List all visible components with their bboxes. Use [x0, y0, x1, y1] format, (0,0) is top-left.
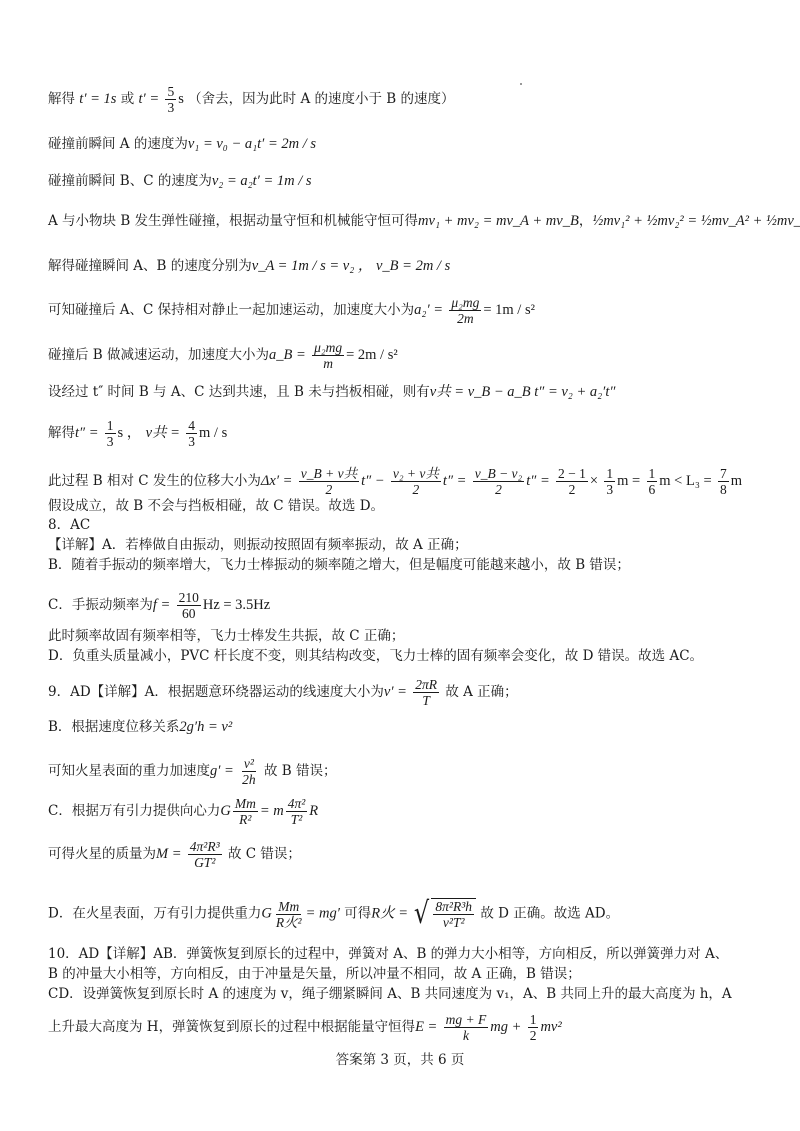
fraction: 53	[165, 84, 176, 115]
text: 可知火星表面的重力加速度	[48, 763, 210, 779]
equation: t′ =	[139, 91, 160, 107]
q9-explanation-c2: 可得火星的质量为M = 4π²R³GT² 故 C 错误；	[48, 839, 301, 870]
question-10-line-3: CD．设弹簧恢复到原长时 A 的速度为 v，绳子绷紧瞬间 A、B 共同速度为 v…	[48, 985, 732, 1003]
q9-explanation-b: B．根据速度位移关系2g′h = v²	[48, 718, 232, 736]
equation: = mg′	[306, 906, 340, 922]
q9-explanation-d: D．在火星表面，万有引力提供重力GMmR火²= mg′ 可得R火 = √8π²R…	[48, 898, 619, 930]
fraction: 43	[186, 418, 197, 449]
text: B．根据速度位移关系	[48, 719, 179, 735]
equation: v共 =	[146, 425, 180, 441]
velocity-bc-before-line: 碰撞前瞬间 B、C 的速度为v₂ = a₂t′ = 1m / s	[48, 172, 312, 190]
equation: mg +	[490, 1019, 521, 1035]
radical-sign-icon: √	[414, 899, 429, 929]
fraction: MmR火²	[274, 899, 304, 930]
fraction: 4π²T²	[286, 796, 308, 827]
text: 故 C 错误；	[228, 846, 301, 862]
text: 可得	[344, 906, 371, 922]
velocities-after-collision-line: 解得碰撞瞬间 A、B 的速度分别为v_A = 1m / s = v₂ ， v_B…	[48, 257, 450, 275]
text: 上升最大高度为 H，弹簧恢复到原长的过程中根据能量守恒得	[48, 1019, 415, 1035]
solve-t-double-prime-line: 解得t″ = 13s ， v共 = 43m / s	[48, 418, 227, 449]
text: 9．AD【详解】A．根据题意环绕器运动的线速度大小为	[48, 684, 384, 700]
equation: a₂′ =	[414, 302, 443, 318]
q8-explanation-d: D．负重头质量减小，PVC 杆长度不变，则其结构改变，飞力士棒的固有频率会变化，…	[48, 647, 703, 665]
equation: v′ =	[384, 684, 407, 700]
square-root: √8π²R³hv²T²	[412, 898, 476, 930]
fraction: v₂ + v共2	[391, 466, 441, 497]
fraction: 2πRT	[413, 677, 439, 708]
text: 可知碰撞后 A、C 保持相对静止一起加速运动，加速度大小为	[48, 302, 414, 318]
unit: m	[731, 473, 742, 489]
equation: R火 =	[371, 906, 408, 922]
scan-speck	[520, 83, 522, 85]
fraction: 4π²R³GT²	[188, 839, 222, 870]
question-8-header: 8．AC	[48, 516, 90, 534]
q9-explanation-c: C．根据万有引力提供向心力GMmR²= m4π²T²R	[48, 796, 318, 827]
unit: s	[178, 91, 184, 107]
elastic-collision-line: A 与小物块 B 发生弹性碰撞，根据动量守恒和机械能守恒可得mv₁ + mv₂ …	[48, 212, 800, 230]
text: 故 D 正确。故选 AD。	[480, 906, 619, 922]
conclusion-line: 假设成立，故 B 不会与挡板相碰，故 C 错误。故选 D。	[48, 497, 384, 515]
text: 碰撞前瞬间 A 的速度为	[48, 136, 188, 152]
text: 解得碰撞瞬间 A、B 的速度分别为	[48, 258, 252, 274]
text: D．在火星表面，万有引力提供重力	[48, 906, 261, 922]
equation: f =	[153, 597, 170, 613]
q8-explanation-a: 【详解】A．若棒做自由振动，则振动按照固有频率振动，故 A 正确；	[48, 536, 468, 554]
text: C．根据万有引力提供向心力	[48, 803, 220, 819]
ac-acceleration-line: 可知碰撞后 A、C 保持相对静止一起加速运动，加速度大小为a₂′ = μ₂mg2…	[48, 295, 535, 326]
question-10-line-4: 上升最大高度为 H，弹簧恢复到原长的过程中根据能量守恒得E = mg + Fkm…	[48, 1012, 562, 1043]
momentum-equation: mv₁ + mv₂ = mv_A + mv_B	[418, 213, 579, 229]
equation: v₁ = v₀ − a₁t′ = 2m / s	[188, 136, 316, 152]
text: 此过程 B 相对 C 发生的位移大小为	[48, 473, 261, 489]
equation: = m	[260, 803, 284, 819]
equation: m < L₃ =	[659, 473, 711, 489]
text: 碰撞前瞬间 B、C 的速度为	[48, 173, 212, 189]
fraction: v_B + v共2	[299, 466, 359, 497]
b-deceleration-line: 碰撞后 B 做减速运动，加速度大小为a_B = μ₂mgm= 2m / s²	[48, 340, 398, 371]
fraction: μ₂mgm	[312, 340, 344, 371]
fraction: 21060	[177, 590, 201, 621]
q8-explanation-b: B．随着手振动的频率增大，飞力士棒振动的频率随之增大，但是幅度可能越来越小，故 …	[48, 556, 630, 574]
question-9-a: 9．AD【详解】A．根据题意环绕器运动的线速度大小为v′ = 2πRT 故 A …	[48, 677, 518, 708]
text: 碰撞后 B 做减速运动，加速度大小为	[48, 347, 269, 363]
equation: t″ −	[361, 473, 384, 489]
q8-explanation-c: C．手振动频率为f = 21060Hz = 3.5Hz	[48, 590, 270, 621]
equation: v₂ = a₂t′ = 1m / s	[212, 173, 312, 189]
equation: t″ =	[526, 473, 549, 489]
equation: m =	[617, 473, 640, 489]
equation: G	[261, 906, 271, 922]
unit: m / s	[199, 425, 227, 441]
unit: s ，	[118, 425, 142, 441]
text: ，	[579, 213, 593, 229]
text: 故 A 正确；	[445, 684, 517, 700]
equation: = 1m / s²	[483, 302, 535, 318]
fraction: 12	[528, 1012, 539, 1043]
energy-equation: ½mv₁² + ½mv₂² = ½mv_A² + ½mv_B²	[592, 213, 800, 229]
equation: t″ =	[75, 425, 98, 441]
equation: t″ =	[443, 473, 466, 489]
equation: mv²	[540, 1019, 561, 1035]
equation: M =	[156, 846, 182, 862]
common-velocity-condition-line: 设经过 t″ 时间 B 与 A、C 达到共速，且 B 未与挡板相碰，则有v共 =…	[48, 383, 615, 401]
fraction: 16	[647, 466, 658, 497]
text: 解得	[48, 425, 75, 441]
fraction: mg + Fk	[444, 1012, 489, 1043]
fraction: v_B − v₂2	[473, 466, 525, 497]
equation: g′ =	[210, 763, 234, 779]
fraction: 13	[105, 418, 116, 449]
fraction: 8π²R³hv²T²	[433, 899, 474, 930]
fraction: 13	[604, 466, 615, 497]
fraction: v²2h	[240, 756, 258, 787]
equation: t′ = 1s	[79, 91, 116, 107]
q8-explanation-c2: 此时频率故固有频率相等，飞力士棒发生共振，故 C 正确；	[48, 627, 404, 645]
fraction: 2 − 12	[556, 466, 588, 497]
page-footer: 答案第 3 页，共 6 页	[0, 1048, 800, 1068]
equation: a_B =	[269, 347, 306, 363]
text: 或	[121, 91, 139, 107]
note: （舍去，因为此时 A 的速度小于 B 的速度）	[188, 91, 454, 107]
equation: v共 = v_B − a_B t″ = v₂ + a₂′t″	[430, 384, 616, 400]
text: 可得火星的质量为	[48, 846, 156, 862]
operator: ×	[590, 473, 598, 489]
equation: 2g′h = v²	[179, 719, 232, 735]
fraction: 78	[718, 466, 729, 497]
fraction: MmR²	[233, 796, 258, 827]
text: A 与小物块 B 发生弹性碰撞，根据动量守恒和机械能守恒可得	[48, 213, 418, 229]
velocity-a-before-line: 碰撞前瞬间 A 的速度为v₁ = v₀ − a₁t′ = 2m / s	[48, 135, 316, 153]
relative-displacement-line: 此过程 B 相对 C 发生的位移大小为Δx′ = v_B + v共2t″ − v…	[48, 466, 742, 497]
equation: E =	[415, 1019, 437, 1035]
fraction: μ₂mg2m	[449, 295, 481, 326]
equation: G	[220, 803, 230, 819]
question-10-line-2: B 的冲量大小相等，方向相反，由于冲量是矢量，所以冲量不相同，故 A 正确，B …	[48, 965, 581, 983]
text: 故 B 错误；	[264, 763, 337, 779]
text: 设经过 t″ 时间 B 与 A、C 达到共速，且 B 未与挡板相碰，则有	[48, 384, 430, 400]
equation: R	[309, 803, 318, 819]
q9-explanation-b2: 可知火星表面的重力加速度g′ = v²2h 故 B 错误；	[48, 756, 336, 787]
text: C．手振动频率为	[48, 597, 153, 613]
solve-t-prime-line: 解得 t′ = 1s 或 t′ = 53s （舍去，因为此时 A 的速度小于 B…	[48, 84, 455, 115]
equation: v_A = 1m / s = v₂ ， v_B = 2m / s	[252, 258, 450, 274]
equation: = 2m / s²	[346, 347, 398, 363]
equation: Δx′ =	[261, 473, 293, 489]
text: 解得	[48, 91, 75, 107]
equation: Hz = 3.5Hz	[203, 597, 270, 613]
question-10-line-1: 10．AD【详解】AB．弹簧恢复到原长的过程中，弹簧对 A、B 的弹力大小相等，…	[48, 945, 728, 963]
